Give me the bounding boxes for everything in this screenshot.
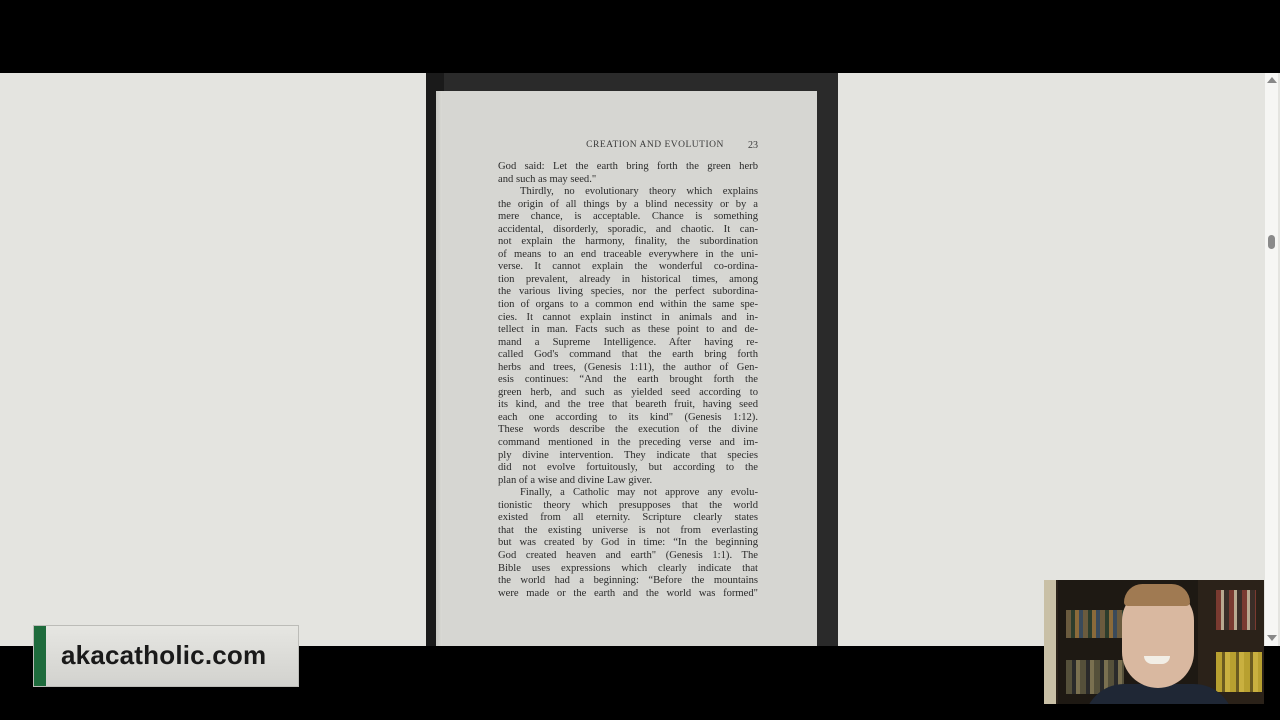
text-line: tellect in man. Facts such as these poin… (498, 324, 758, 337)
book-page: CREATION AND EVOLUTION 23 God said: Let … (436, 91, 817, 646)
text-line: plan of a wise and divine Law giver. (498, 475, 758, 488)
presenter-hair (1124, 584, 1190, 606)
page-number: 23 (748, 140, 758, 151)
document-viewer[interactable]: CREATION AND EVOLUTION 23 God said: Let … (0, 73, 1280, 646)
text-line: the origin of all things by a blind nece… (498, 199, 758, 212)
text-line: God said: Let the earth bring forth the … (498, 161, 758, 174)
text-line: its kind, and the tree that beareth frui… (498, 399, 758, 412)
website-watermark: akacatholic.com (33, 625, 299, 687)
text-line: did not evolve fortuitously, but accordi… (498, 462, 758, 475)
text-line: cies. It cannot explain instinct in anim… (498, 312, 758, 325)
presenter-smile (1144, 656, 1170, 664)
text-line: called God's command that the earth brin… (498, 349, 758, 362)
text-line: tionistic theory which presupposes that … (498, 500, 758, 513)
vertical-scrollbar[interactable] (1265, 73, 1278, 646)
watermark-text: akacatholic.com (61, 640, 266, 671)
text-line: were made or the earth and the world was… (498, 588, 758, 601)
text-line: God created heaven and earth" (Genesis 1… (498, 550, 758, 563)
watermark-accent-stripe (34, 626, 46, 686)
text-line: not explain the harmony, finality, the s… (498, 236, 758, 249)
webcam-overlay (1044, 580, 1264, 704)
text-line: ply divine intervention. They indicate t… (498, 450, 758, 463)
text-line: each one according to its kind" (Genesis… (498, 412, 758, 425)
webcam-wall (1044, 580, 1056, 704)
text-line: mand a Supreme Intelligence. After havin… (498, 337, 758, 350)
page-body-text: God said: Let the earth bring forth the … (498, 161, 758, 600)
text-line: herbs and trees, (Genesis 1:11), the aut… (498, 362, 758, 375)
text-line: command mentioned in the preceding verse… (498, 437, 758, 450)
text-line: existed from all eternity. Scripture cle… (498, 512, 758, 525)
scroll-up-arrow-icon[interactable] (1267, 77, 1277, 83)
text-line: These words describe the execution of th… (498, 424, 758, 437)
text-line: Finally, a Catholic may not approve any … (498, 487, 758, 500)
text-line: accidental, disorderly, sporadic, and ch… (498, 224, 758, 237)
text-line: Bible uses expressions which clearly ind… (498, 563, 758, 576)
text-line: the world had a beginning: “Before the m… (498, 575, 758, 588)
scroll-down-arrow-icon[interactable] (1267, 635, 1277, 641)
text-line: of means to an end traceable everywhere … (498, 249, 758, 262)
books-row-icon (1066, 610, 1126, 638)
text-line: green herb, and such as yielded seed acc… (498, 387, 758, 400)
top-letterbox (0, 0, 1280, 73)
books-row-icon (1216, 652, 1262, 692)
text-line: tion of organs to a common end within th… (498, 299, 758, 312)
page-spine (436, 91, 442, 646)
scroll-thumb[interactable] (1268, 235, 1275, 249)
text-line: mere chance, is acceptable. Chance is so… (498, 211, 758, 224)
scanned-page-frame: CREATION AND EVOLUTION 23 God said: Let … (426, 73, 838, 646)
text-line: the various living species, nor the perf… (498, 286, 758, 299)
text-line: that the existing universe is not from e… (498, 525, 758, 538)
text-line: but was created by God in time: “In the … (498, 537, 758, 550)
running-head: CREATION AND EVOLUTION (560, 140, 750, 150)
text-line: esis continues: “And the earth brought f… (498, 374, 758, 387)
text-line: and such as may seed." (498, 174, 758, 187)
books-row-icon (1216, 590, 1256, 630)
text-line: Thirdly, no evolutionary theory which ex… (498, 186, 758, 199)
text-line: tion prevalent, already in historical ti… (498, 274, 758, 287)
text-line: verse. It cannot explain the wonderful c… (498, 261, 758, 274)
